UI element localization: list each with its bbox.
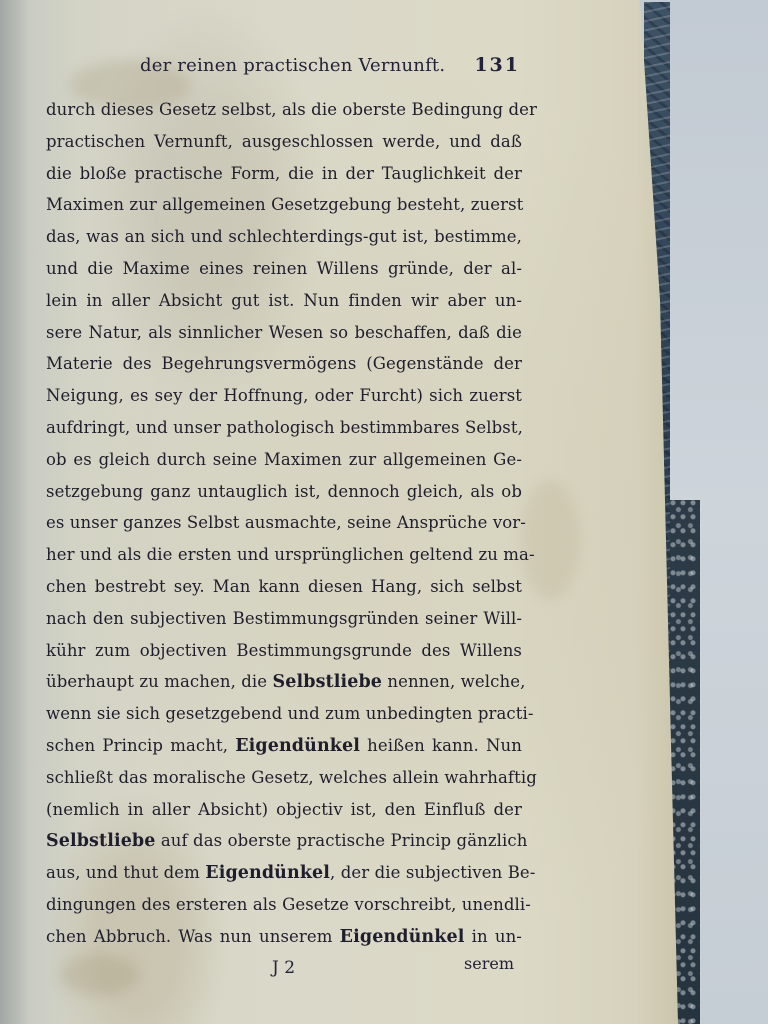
page-footer: J 2 serem <box>46 954 522 984</box>
running-head: der reinen practischen Vernunft. 131 <box>140 54 520 80</box>
body-text: durch dieses Gesetz selbst, als die ober… <box>46 94 522 953</box>
text-line: Neigung, es sey der Hoffnung, oder Furch… <box>46 380 522 412</box>
text-line: (nemlich in aller Absicht) objectiv ist,… <box>46 794 522 826</box>
text-line: ob es gleich durch seine Maximen zur all… <box>46 444 522 476</box>
text-line: Selbstliebe auf das oberste practische P… <box>46 825 522 857</box>
text-line: nach den subjectiven Bestimmungsgründen … <box>46 603 522 635</box>
emphasized-term: Selbstliebe <box>273 672 383 692</box>
text-line: wenn sie sich gesetzgebend und zum unbed… <box>46 698 522 730</box>
text-line: die bloße practische Form, die in der Ta… <box>46 158 522 190</box>
signature-mark: J 2 <box>272 958 295 978</box>
book-page: der reinen practischen Vernunft. 131 dur… <box>0 0 690 1024</box>
text-line: setzgebung ganz untauglich ist, dennoch … <box>46 476 522 508</box>
emphasized-term: Eigendünkel <box>235 736 360 756</box>
text-line: sere Natur, als sinnlicher Wesen so besc… <box>46 317 522 349</box>
text-line: Maximen zur allgemeinen Gesetzgebung bes… <box>46 189 522 221</box>
page-gutter-shadow <box>0 0 30 1024</box>
text-line: das, was an sich und schlechterdings-gut… <box>46 221 522 253</box>
catchword: serem <box>464 954 514 973</box>
emphasized-term: Selbstliebe <box>46 831 156 851</box>
text-line: und die Maxime eines reinen Willens grün… <box>46 253 522 285</box>
text-line: aus, und thut dem Eigendünkel, der die s… <box>46 857 522 889</box>
text-line: lein in aller Absicht gut ist. Nun finde… <box>46 285 522 317</box>
text-line: chen Abbruch. Was nun unserem Eigendünke… <box>46 921 522 953</box>
text-line: practischen Vernunft, ausgeschlossen wer… <box>46 126 522 158</box>
running-title: der reinen practischen Vernunft. <box>140 55 445 76</box>
paper-stain <box>520 480 580 600</box>
text-line: aufdringt, und unser pathologisch bestim… <box>46 412 522 444</box>
text-line: überhaupt zu machen, die Selbstliebe nen… <box>46 666 522 698</box>
text-line: dingungen des ersteren als Gesetze vorsc… <box>46 889 522 921</box>
text-line: durch dieses Gesetz selbst, als die ober… <box>46 94 522 126</box>
text-line: schließt das moralische Gesetz, welches … <box>46 762 522 794</box>
text-line: es unser ganzes Selbst ausmachte, seine … <box>46 507 522 539</box>
text-line: kühr zum objectiven Bestimmungsgrunde de… <box>46 635 522 667</box>
text-line: her und als die ersten und ursprüngliche… <box>46 539 522 571</box>
text-line: chen bestrebt sey. Man kann diesen Hang,… <box>46 571 522 603</box>
text-line: Materie des Begehrungsvermögens (Gegenst… <box>46 348 522 380</box>
page-number: 131 <box>474 54 520 76</box>
text-line: schen Princip macht, Eigendünkel heißen … <box>46 730 522 762</box>
emphasized-term: Eigendünkel <box>205 863 330 883</box>
emphasized-term: Eigendünkel <box>340 927 465 947</box>
